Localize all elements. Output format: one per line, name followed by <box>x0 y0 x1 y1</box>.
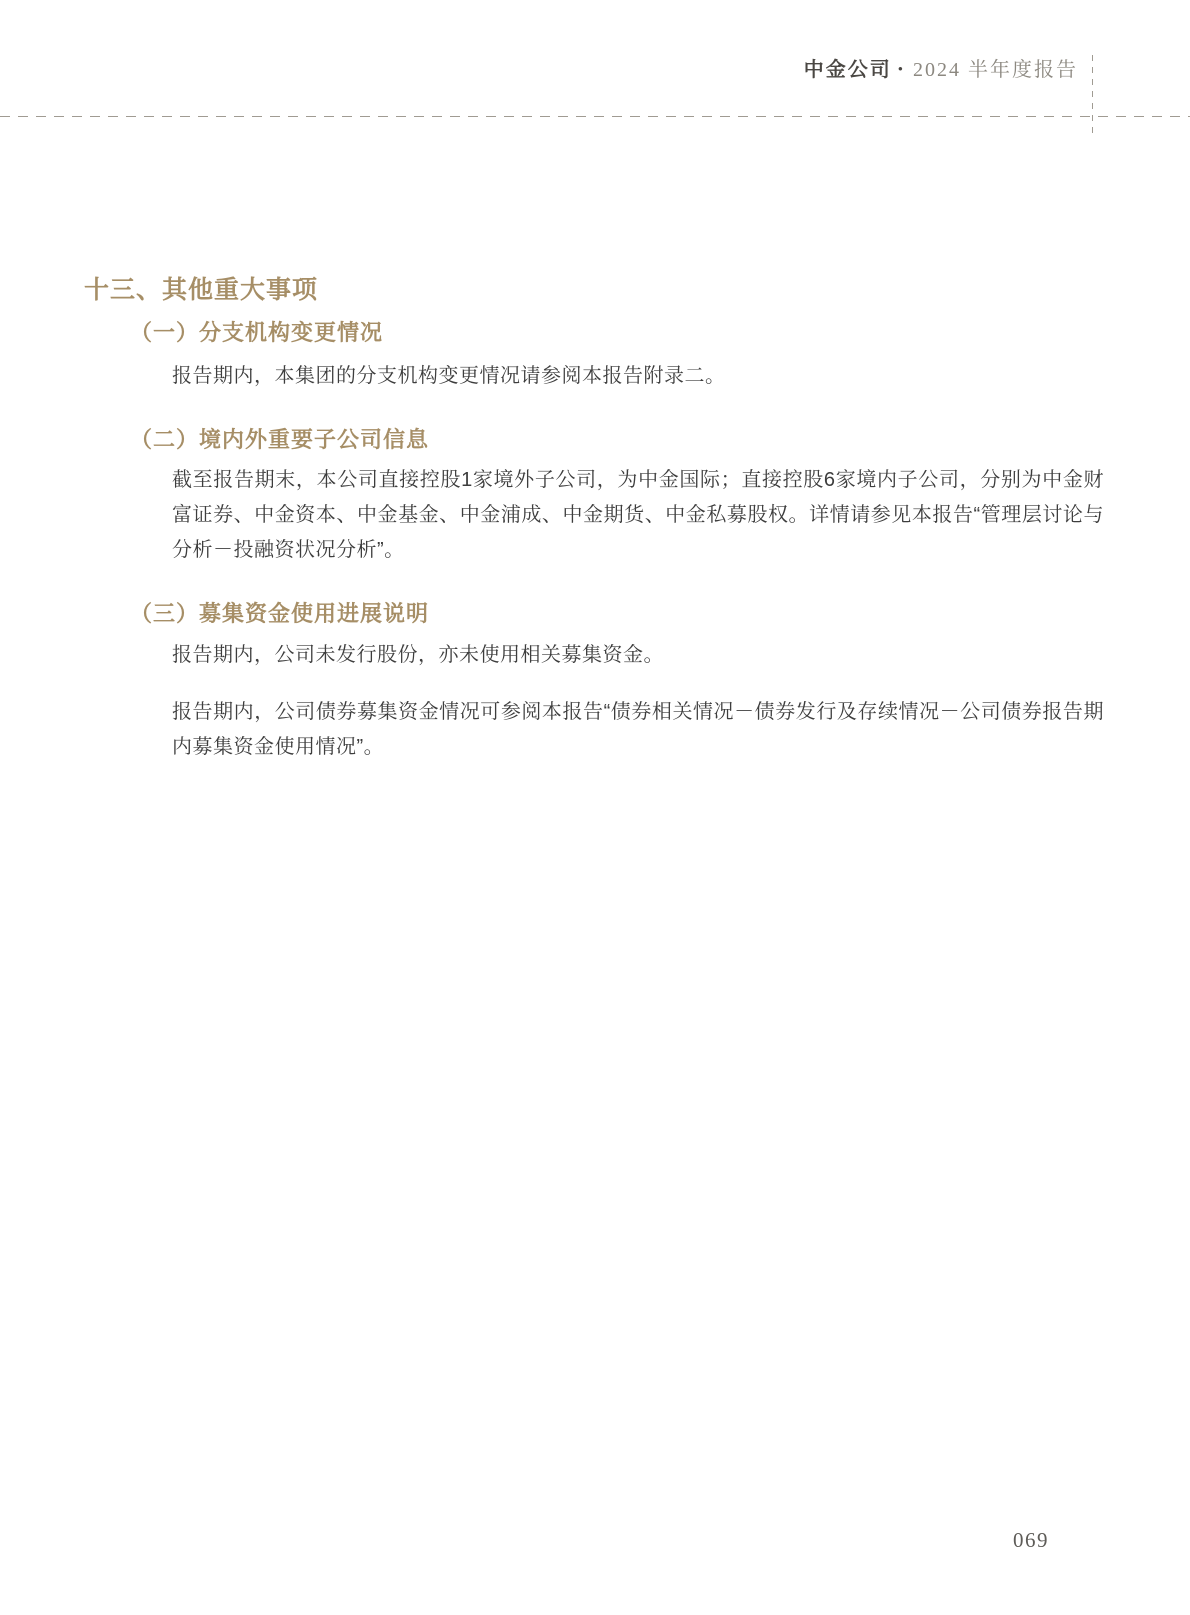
company-name: 中金公司 <box>804 59 892 81</box>
chapter-heading: 十三、其他重大事项 <box>84 270 318 306</box>
report-page: 中金公司•2024 半年度报告 十三、其他重大事项 （一）分支机构变更情况 报告… <box>0 0 1190 1615</box>
horizontal-dashed-rule <box>0 116 1190 117</box>
section-2-paragraph: 截至报告期末，本公司直接控股1家境外子公司，为中金国际；直接控股6家境内子公司，… <box>172 463 1104 568</box>
vertical-dashed-rule <box>1092 55 1093 134</box>
page-header: 中金公司•2024 半年度报告 <box>804 57 1078 83</box>
section-heading-1: （一）分支机构变更情况 <box>130 316 383 347</box>
section-3-paragraph-2: 报告期内，公司债券募集资金情况可参阅本报告“债券相关情况－债券发行及存续情况－公… <box>172 695 1104 765</box>
report-title: 2024 半年度报告 <box>913 59 1078 81</box>
section-heading-3: （三）募集资金使用进展说明 <box>130 597 429 628</box>
section-3-paragraph-1: 报告期内，公司未发行股份，亦未使用相关募集资金。 <box>172 638 1104 673</box>
page-number: 069 <box>1013 1528 1049 1553</box>
header-bullet-separator: • <box>898 62 905 78</box>
section-heading-2: （二）境内外重要子公司信息 <box>130 423 429 454</box>
section-1-paragraph: 报告期内，本集团的分支机构变更情况请参阅本报告附录二。 <box>172 359 1104 394</box>
